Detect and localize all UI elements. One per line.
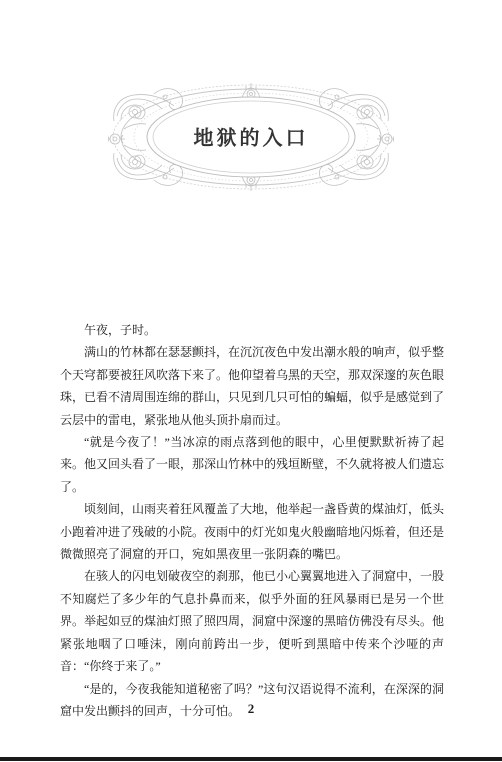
paragraph: 午夜，子时。: [60, 319, 444, 341]
chapter-header: 地狱的入口: [108, 83, 394, 191]
book-page: 地狱的入口 午夜，子时。 满山的竹林都在瑟瑟颤抖，在沉沉夜色中发出潮水般的响声，…: [0, 0, 502, 762]
body-text: 午夜，子时。 满山的竹林都在瑟瑟颤抖，在沉沉夜色中发出潮水般的响声，似乎整个天穹…: [60, 319, 444, 722]
paragraph: “就是今夜了！”当冰凉的雨点落到他的眼中，心里便默默祈祷了起来。他又回头看了一眼…: [60, 431, 444, 498]
paragraph: 满山的竹林都在瑟瑟颤抖，在沉沉夜色中发出潮水般的响声，似乎整个天穹都要被狂风吹落…: [60, 341, 444, 431]
paragraph: 顷刻间，山雨夹着狂风覆盖了大地，他举起一盏昏黄的煤油灯，低头小跑着冲进了残破的小…: [60, 498, 444, 565]
page-number: 2: [0, 701, 502, 717]
chapter-title: 地狱的入口: [194, 121, 309, 150]
scan-edge: [0, 757, 502, 761]
paragraph: 在骇人的闪电划破夜空的刹那，他已小心翼翼地进入了洞窟中，一股不知腐烂了多少年的气…: [60, 565, 444, 677]
